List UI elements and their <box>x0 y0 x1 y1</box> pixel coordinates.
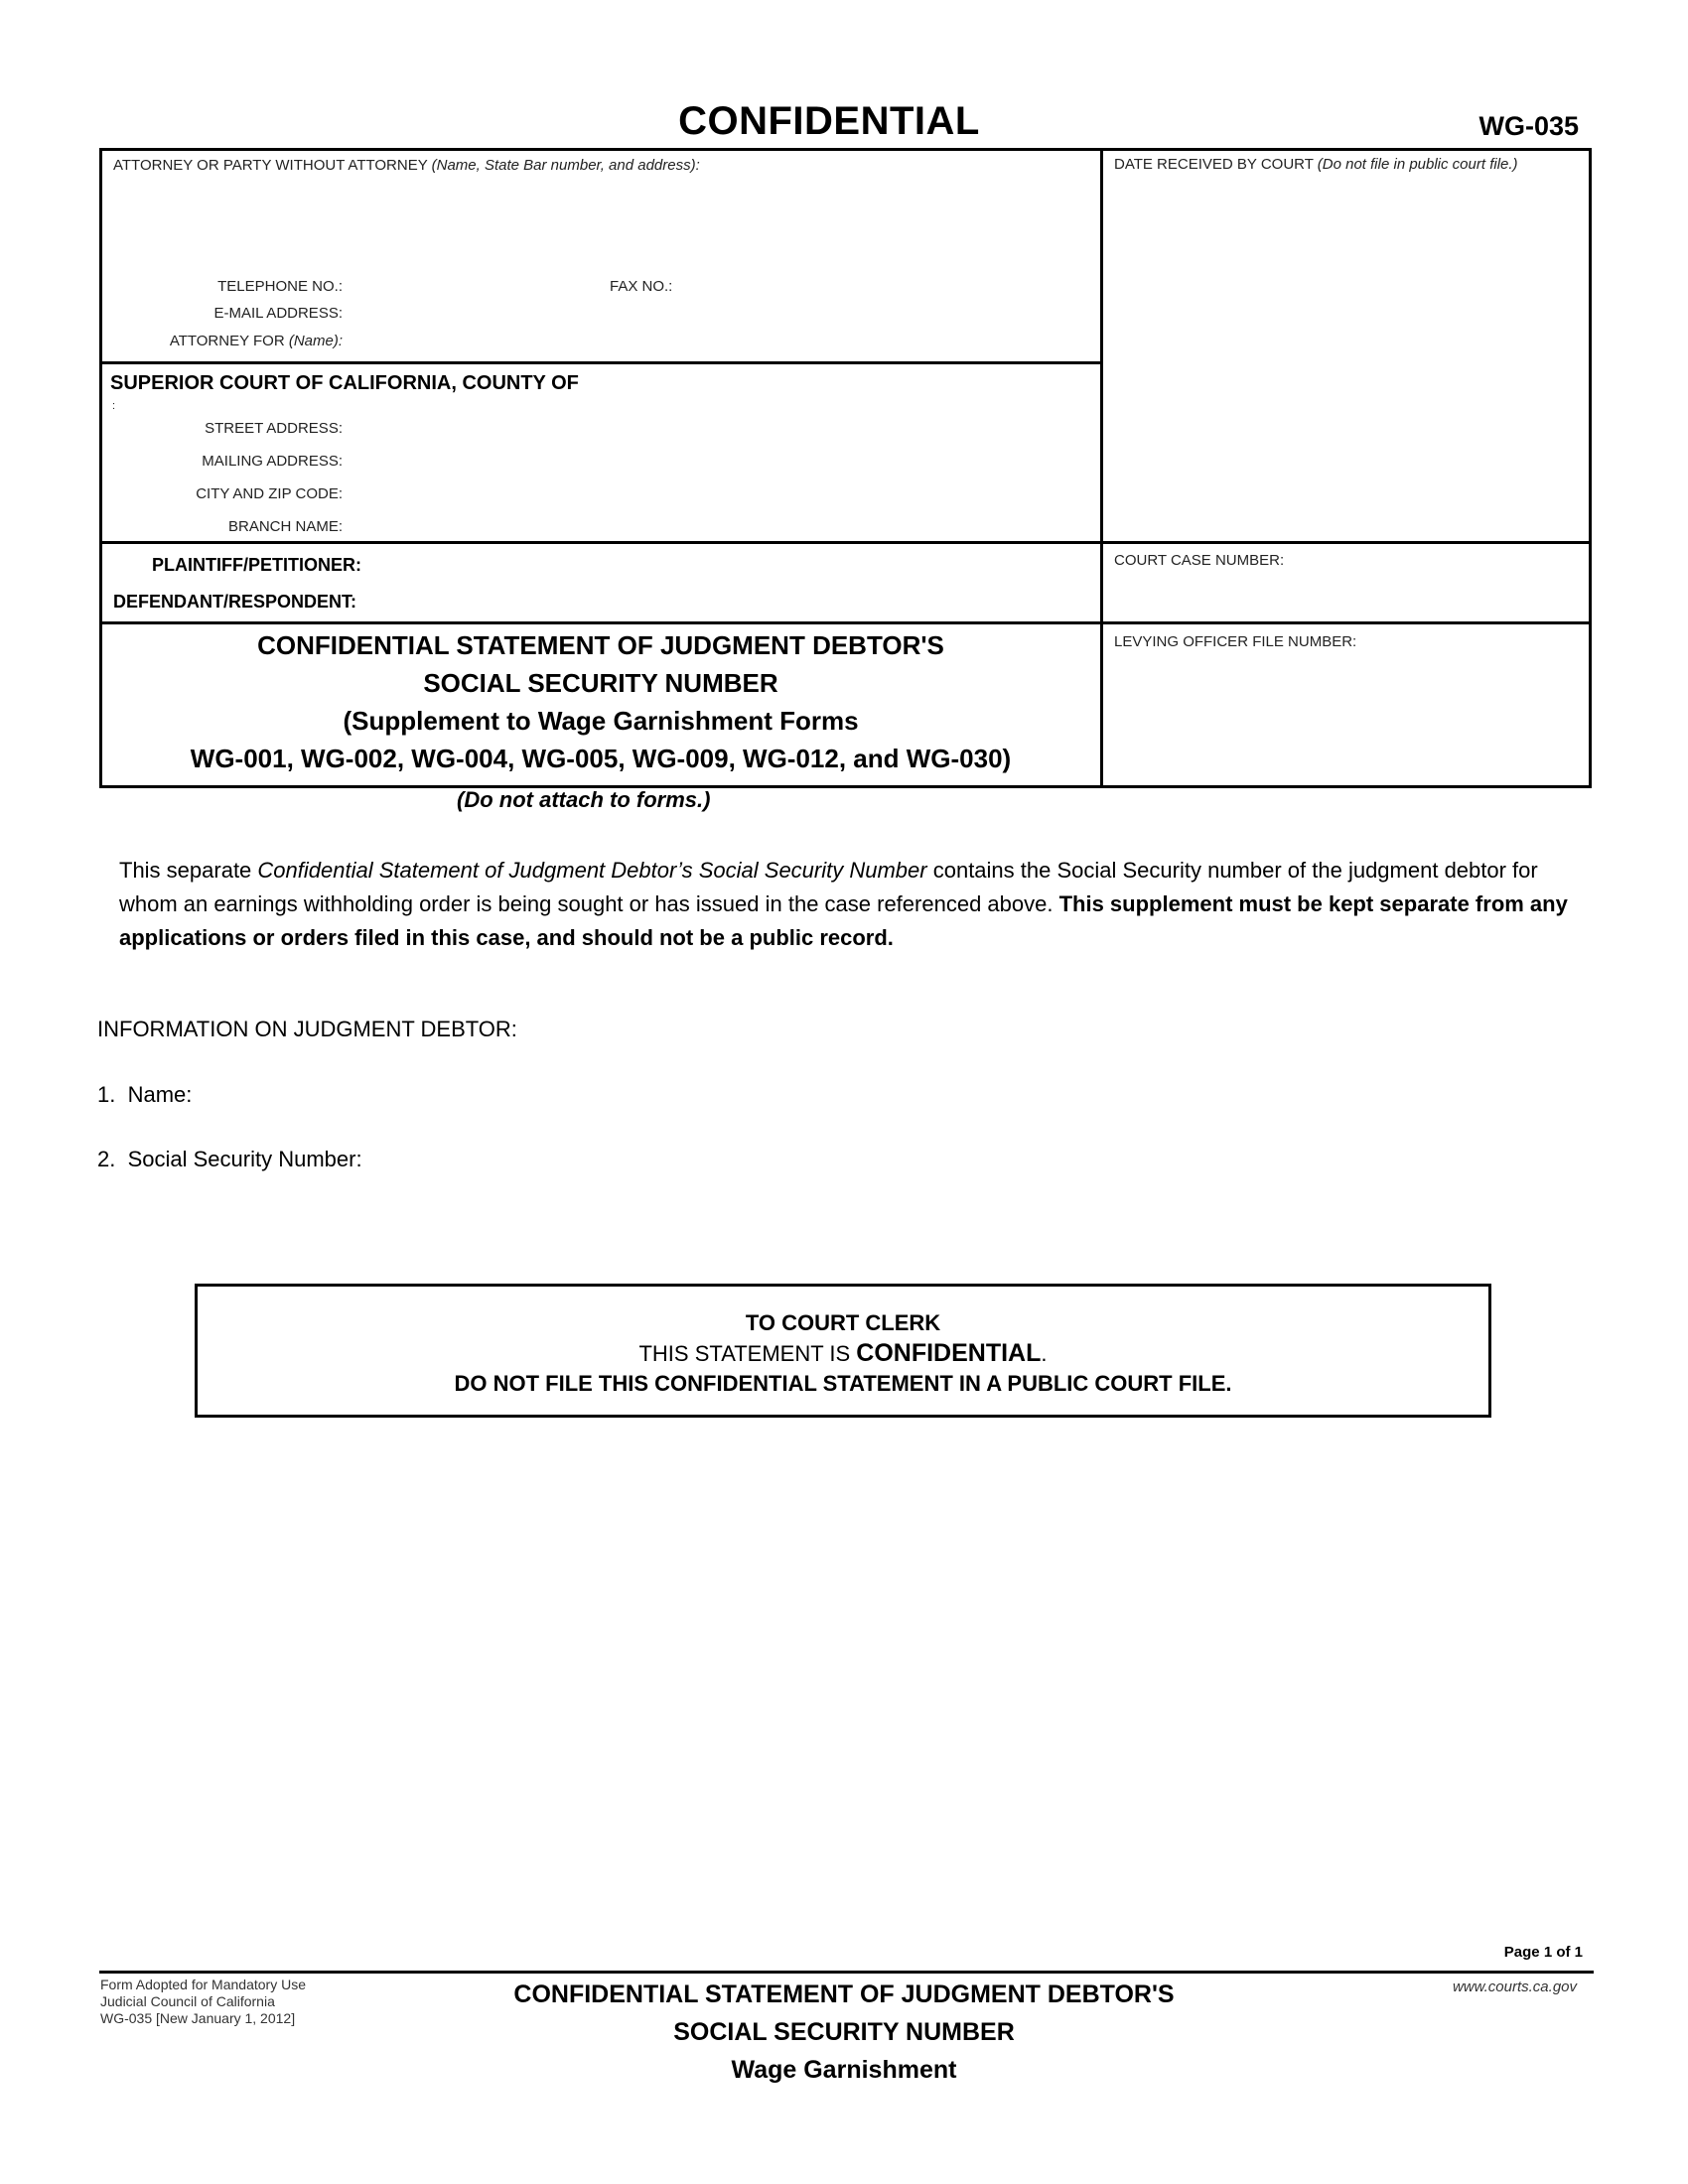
debtor-ssn-field[interactable] <box>397 1143 1589 1172</box>
mailing-address-field[interactable] <box>348 449 1082 471</box>
debtor-item-ssn: 2. Social Security Number: <box>97 1147 362 1172</box>
document-title-line2: SOCIAL SECURITY NUMBER <box>99 664 1102 702</box>
street-address-field[interactable] <box>348 416 1082 438</box>
levying-officer-field[interactable] <box>1112 655 1579 774</box>
clerk-notice-line1: TO COURT CLERK <box>195 1308 1491 1338</box>
telephone-field[interactable] <box>348 274 596 296</box>
fax-field[interactable] <box>685 274 1082 296</box>
clerk-notice: TO COURT CLERK THIS STATEMENT IS CONFIDE… <box>195 1308 1491 1399</box>
street-address-label: STREET ADDRESS: <box>99 420 343 437</box>
date-received-field[interactable]: DATE RECEIVED BY COURT (Do not file in p… <box>1114 156 1518 173</box>
divider-attorney-court <box>99 361 1102 364</box>
attorney-field[interactable]: ATTORNEY OR PARTY WITHOUT ATTORNEY (Name… <box>113 157 700 174</box>
attorney-label-hint: (Name, State Bar number, and address): <box>432 157 700 174</box>
mailing-address-label: MAILING ADDRESS: <box>99 453 343 470</box>
defendant-field[interactable] <box>387 588 1082 614</box>
debtor-info-heading: INFORMATION ON JUDGMENT DEBTOR: <box>97 1017 517 1042</box>
date-received-hint: (Do not file in public court file.) <box>1318 156 1518 173</box>
footer-website-link[interactable]: www.courts.ca.gov <box>1453 1979 1577 1995</box>
clerk-notice-line3: DO NOT FILE THIS CONFIDENTIAL STATEMENT … <box>195 1369 1491 1399</box>
footer-title: CONFIDENTIAL STATEMENT OF JUDGMENT DEBTO… <box>397 1976 1291 2089</box>
levying-officer-label: LEVYING OFFICER FILE NUMBER: <box>1114 633 1356 650</box>
debtor-name-field[interactable] <box>218 1078 1589 1108</box>
page-number: Page 1 of 1 <box>1504 1944 1583 1961</box>
footer-adoption-info: Form Adopted for Mandatory Use Judicial … <box>100 1977 306 2027</box>
city-zip-label: CITY AND ZIP CODE: <box>99 485 343 502</box>
debtor-item-name: 1. Name: <box>97 1082 192 1108</box>
intro-paragraph: This separate Confidential Statement of … <box>119 854 1569 955</box>
attorney-label: ATTORNEY OR PARTY WITHOUT ATTORNEY <box>113 157 432 174</box>
telephone-label: TELEPHONE NO.: <box>99 278 343 295</box>
clerk-notice-line2: THIS STATEMENT IS CONFIDENTIAL. <box>195 1338 1491 1369</box>
footer-rule <box>99 1971 1594 1974</box>
document-title-line1: CONFIDENTIAL STATEMENT OF JUDGMENT DEBTO… <box>99 626 1102 664</box>
attorney-for-field[interactable] <box>348 329 1082 350</box>
date-received-label: DATE RECEIVED BY COURT <box>1114 156 1318 173</box>
plaintiff-label: PLAINTIFF/PETITIONER: <box>152 555 361 576</box>
email-label: E-MAIL ADDRESS: <box>99 305 343 322</box>
court-heading: SUPERIOR COURT OF CALIFORNIA, COUNTY OF <box>110 372 579 395</box>
case-number-label: COURT CASE NUMBER: <box>1114 552 1284 569</box>
document-title: CONFIDENTIAL STATEMENT OF JUDGMENT DEBTO… <box>99 626 1102 777</box>
plaintiff-field[interactable] <box>387 551 1082 577</box>
do-not-attach-note: (Do not attach to forms.) <box>457 787 710 813</box>
page-title: CONFIDENTIAL <box>0 99 1658 144</box>
email-field[interactable] <box>348 301 1082 323</box>
court-county-colon: : <box>112 400 115 412</box>
case-number-field[interactable] <box>1112 574 1579 614</box>
document-title-line4: WG-001, WG-002, WG-004, WG-005, WG-009, … <box>99 740 1102 777</box>
form-number: WG-035 <box>1478 111 1579 142</box>
branch-name-label: BRANCH NAME: <box>99 518 343 535</box>
divider-parties-title <box>99 621 1592 624</box>
divider-court-parties <box>99 541 1592 544</box>
attorney-for-label: ATTORNEY FOR (Name): <box>99 333 343 349</box>
branch-name-field[interactable] <box>348 514 1082 536</box>
fax-label: FAX NO.: <box>610 278 672 295</box>
city-zip-field[interactable] <box>348 481 1082 503</box>
defendant-label: DEFENDANT/RESPONDENT: <box>113 592 356 613</box>
document-title-line3: (Supplement to Wage Garnishment Forms <box>99 702 1102 740</box>
